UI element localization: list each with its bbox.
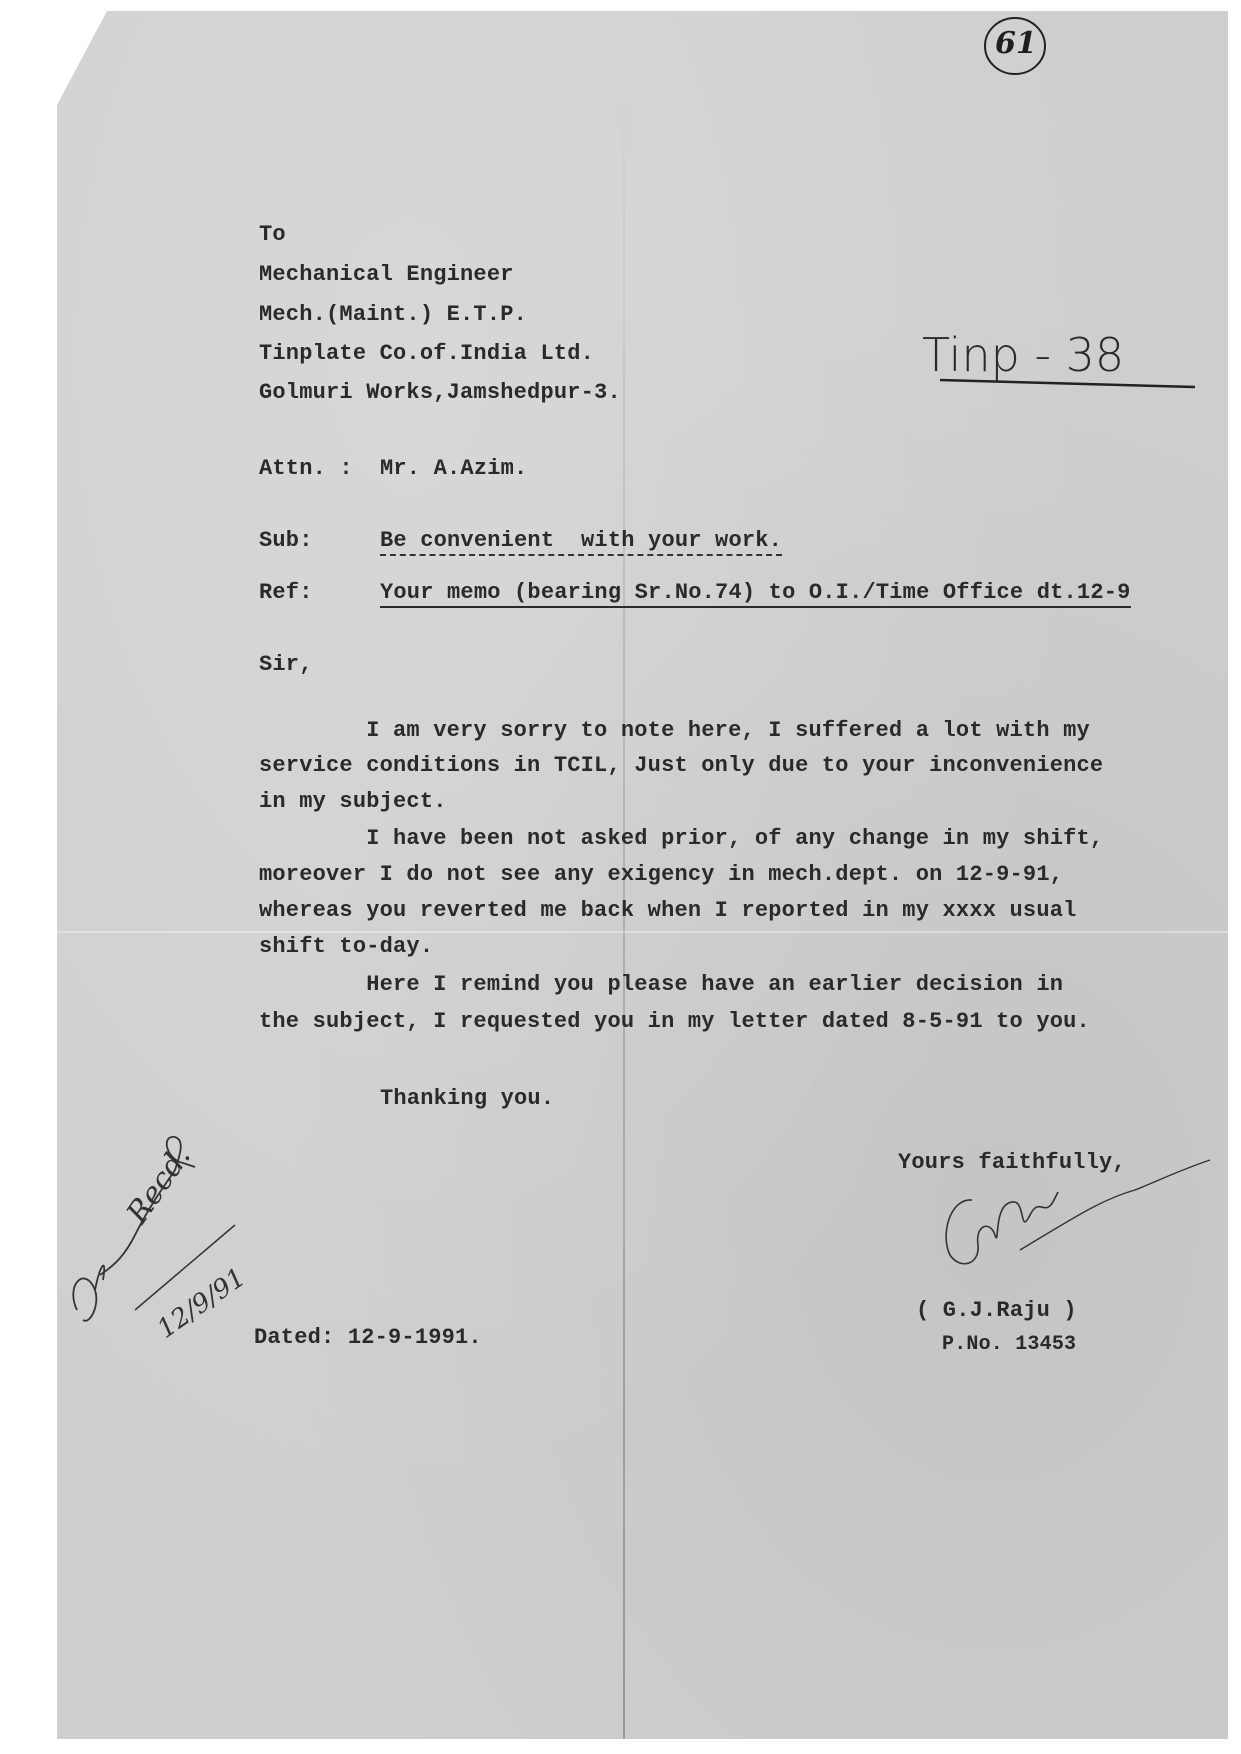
addressee-line-2: Mech.(Maint.) E.T.P.: [259, 302, 527, 327]
addressee-line-3: Tinplate Co.of.India Ltd.: [259, 341, 594, 366]
received-initials-icon: [55, 1115, 255, 1345]
page-number-annotation: 61: [995, 26, 1037, 61]
attn-label: Attn. :: [259, 456, 353, 481]
file-reference-underline: [940, 378, 1200, 390]
subject-label: Sub:: [259, 528, 313, 553]
to-label: To: [259, 222, 286, 247]
subject-value: Be convenient with your work.: [380, 528, 782, 556]
reference-label: Ref:: [259, 580, 313, 605]
body-line: I am very sorry to note here, I suffered…: [259, 718, 1090, 743]
attn-value: Mr. A.Azim.: [380, 456, 527, 481]
fold-crease-horizontal: [57, 931, 1228, 933]
signatory-name: ( G.J.Raju ): [916, 1298, 1077, 1323]
body-line: I have been not asked prior, of any chan…: [259, 826, 1103, 851]
body-line: the subject, I requested you in my lette…: [259, 1009, 1090, 1034]
personnel-number: P.No. 13453: [942, 1333, 1076, 1356]
body-line: shift to-day.: [259, 934, 433, 959]
body-line: Here I remind you please have an earlier…: [259, 972, 1063, 997]
signature-icon: [920, 1140, 1220, 1280]
body-line: in my subject.: [259, 789, 447, 814]
addressee-line-4: Golmuri Works,Jamshedpur-3.: [259, 380, 621, 405]
body-line: moreover I do not see any exigency in me…: [259, 862, 1063, 887]
body-line: whereas you reverted me back when I repo…: [259, 898, 1077, 923]
addressee-line-1: Mechanical Engineer: [259, 262, 514, 287]
closing-line: Thanking you.: [380, 1086, 554, 1111]
body-line: service conditions in TCIL, Just only du…: [259, 753, 1103, 778]
dated-line: Dated: 12-9-1991.: [254, 1325, 482, 1350]
salutation: Sir,: [259, 652, 313, 677]
reference-value: Your memo (bearing Sr.No.74) to O.I./Tim…: [380, 580, 1131, 608]
file-reference-annotation: Tinp - 38: [922, 328, 1124, 382]
